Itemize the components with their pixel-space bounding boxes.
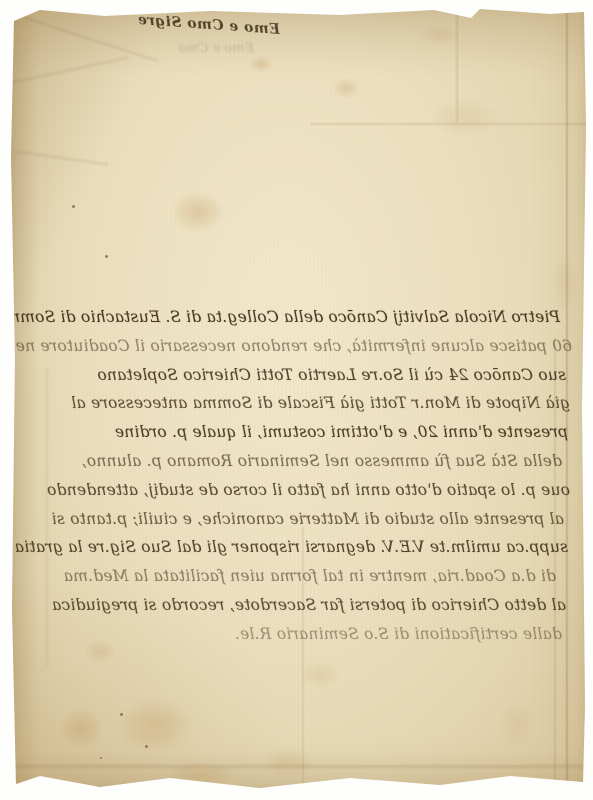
ink-speck [120,713,123,716]
letter-body-bleedthrough: Pietro Nicola Salvitij Canōco della Coll… [16,303,572,649]
text-line: al detto Chierico di potersi far Sacerdo… [16,591,566,620]
text-line: della Stà Sua fù ammesso nel Seminario R… [16,447,562,476]
letter-page: Emo e Cmo Sigre Emo e Cmo Pietro Nicola … [10,7,586,791]
foxing-stain [118,698,193,753]
paper-shading-bottom [10,751,586,791]
text-line: dalle certificationi di S.o Seminario R.… [16,620,562,649]
text-line: suo Canōco 24 cù il So.re Laertio Totti … [16,361,566,390]
foxing-stain [333,78,359,98]
text-line: di d.a Coad.ria, mentre in tal forma uie… [16,562,556,591]
text-line: supp.ca umilm.te V.E.V. degnarsi rispone… [16,533,568,562]
text-line: 60 patisce alcune infermità, che rendono… [16,332,572,361]
foxing-stain [172,192,224,232]
salutation-text: Emo e Cmo Sigre [137,12,280,38]
foxing-stain [300,662,340,688]
ink-speck [72,205,75,208]
scan-background: Emo e Cmo Sigre Emo e Cmo Pietro Nicola … [0,0,593,800]
text-line: Pietro Nicola Salvitij Canōco della Coll… [16,303,560,332]
foxing-stain [500,702,534,746]
wrinkle-line [14,150,108,165]
salutation-bleedthrough-strip: Emo e Cmo Sigre Emo e Cmo [16,15,572,77]
fold-crease-bottom [10,765,586,768]
text-line: oue p. lo spatio d'otto anni ha fatto il… [16,476,570,505]
text-line: presente d'anni 20, e d'ottimi costumi, … [16,418,568,447]
ink-speck [145,745,148,748]
ink-speck [105,255,108,258]
text-line: già Nipote di Mon.r Totti già Fiscale di… [16,389,570,418]
foxing-stain [262,748,314,776]
text-line: al presente allo studio di Matterie cano… [16,505,564,534]
fold-crease-topright [310,123,586,125]
salutation-ghost-text: Emo e Cmo [178,41,254,56]
foxing-stain [60,708,102,748]
foxing-stain [430,100,500,136]
ink-speck [100,757,102,759]
foxing-stain [168,762,234,788]
